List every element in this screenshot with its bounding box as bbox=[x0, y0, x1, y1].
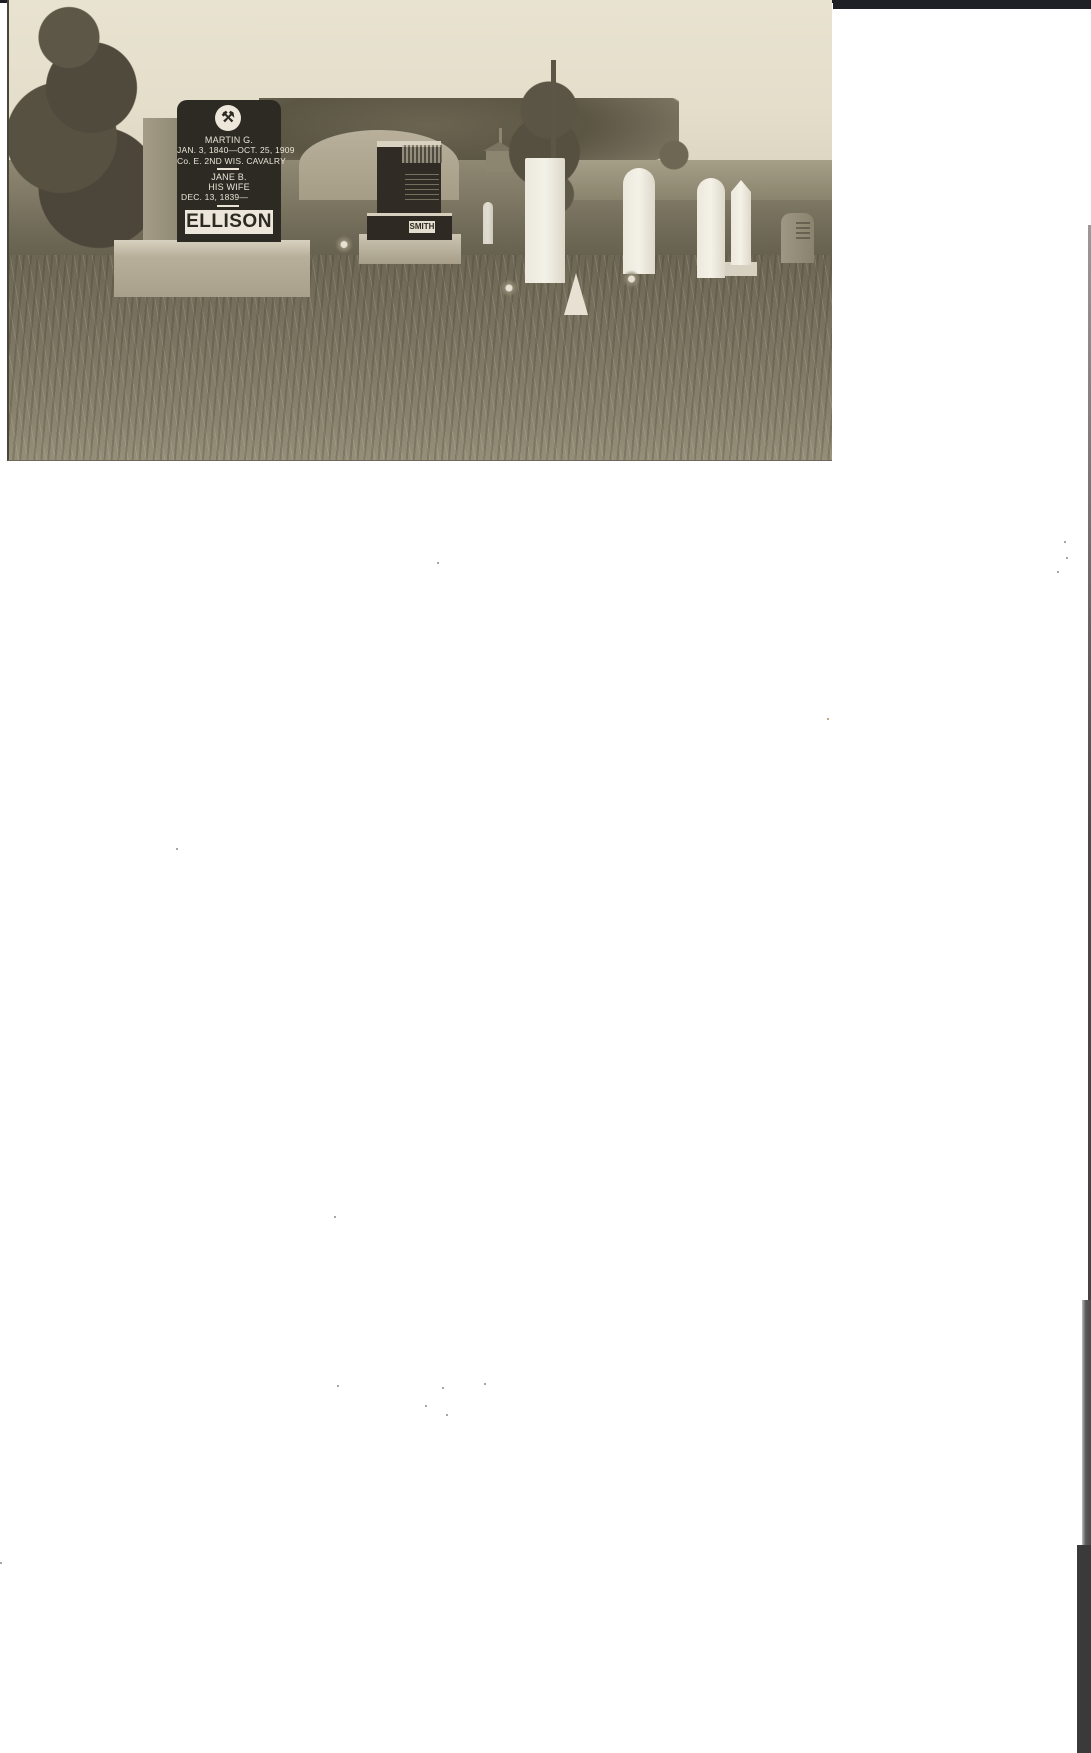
dust-speck bbox=[827, 718, 829, 720]
dust-speck bbox=[484, 1383, 486, 1385]
inscription-line: HIS WIFE bbox=[177, 182, 281, 192]
dust-speck bbox=[337, 1385, 339, 1387]
white-round-top-stone bbox=[697, 178, 725, 278]
left-tree bbox=[9, 0, 159, 250]
dust-speck bbox=[0, 1562, 2, 1564]
scanner-right-edge-mid bbox=[1082, 1300, 1091, 1545]
small-white-marker bbox=[483, 202, 493, 244]
dust-speck bbox=[1064, 541, 1066, 543]
dust-speck bbox=[442, 1387, 444, 1389]
inscription-line: Co. E. 2ND WIS. CAVALRY bbox=[177, 156, 281, 166]
dust-speck bbox=[425, 1405, 427, 1407]
far-field bbox=[559, 160, 832, 200]
cemetery-photograph: ⚒ MARTIN G. JAN. 3, 1840—OCT. 25, 1909 C… bbox=[7, 0, 832, 461]
masonic-emblem-icon: ⚒ bbox=[215, 105, 241, 131]
inscription-divider bbox=[217, 205, 239, 207]
white-round-top-stone bbox=[623, 168, 655, 274]
inscription-divider bbox=[217, 168, 239, 170]
white-tablet-stone bbox=[525, 158, 565, 283]
scanner-top-edge-right bbox=[833, 0, 1091, 9]
dust-speck bbox=[1066, 557, 1068, 559]
weathered-inscription bbox=[796, 222, 810, 242]
dust-speck bbox=[334, 1216, 336, 1218]
inscription-line: DEC. 13, 1839— bbox=[177, 192, 285, 202]
smith-nameplate: SMITH bbox=[409, 221, 435, 233]
smith-carving bbox=[402, 145, 442, 163]
inscription-line: MARTIN G. bbox=[177, 135, 281, 145]
dust-speck bbox=[446, 1414, 448, 1416]
dust-speck bbox=[1057, 571, 1059, 573]
far-tree bbox=[654, 135, 694, 175]
flag-pole bbox=[551, 60, 556, 160]
smith-inscription bbox=[405, 170, 439, 202]
dust-speck bbox=[176, 848, 178, 850]
ellison-headstone: ⚒ MARTIN G. JAN. 3, 1840—OCT. 25, 1909 C… bbox=[177, 100, 281, 242]
inscription-line: JAN. 3, 1840—OCT. 25, 1909 bbox=[177, 145, 281, 155]
flowers bbox=[609, 270, 654, 288]
flowers bbox=[494, 278, 524, 298]
scanner-right-edge-lower bbox=[1077, 1545, 1091, 1753]
ellison-nameplate: ELLISON bbox=[185, 210, 273, 234]
ellison-base bbox=[114, 240, 310, 297]
white-obelisk bbox=[731, 180, 751, 265]
flag-cloth bbox=[564, 273, 588, 315]
flowers bbox=[314, 232, 374, 257]
inscription-line: JANE B. bbox=[177, 172, 281, 182]
dust-speck bbox=[437, 562, 439, 564]
